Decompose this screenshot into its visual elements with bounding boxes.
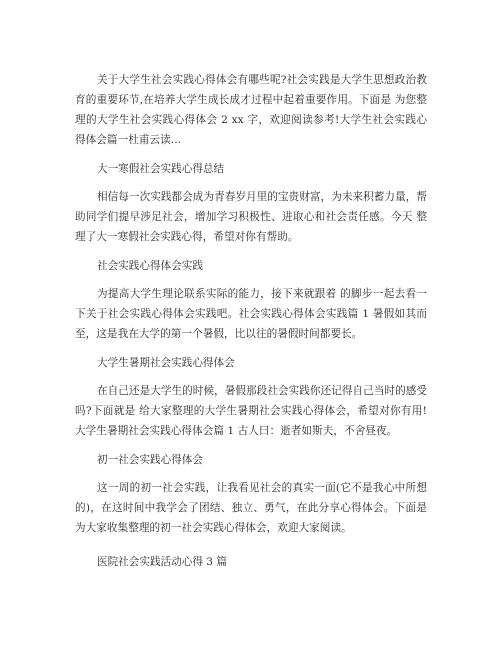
section-heading: 初一社会实践心得体会 — [75, 450, 427, 470]
intro-paragraph: 关于大学生社会实践心得体会有哪些呢?社会实践是大学生思想政治教育的重要环节,在培… — [75, 70, 427, 150]
section-heading: 大一寒假社会实践心得总结 — [75, 159, 427, 179]
section-body: 相信每一次实践都会成为青春岁月里的宝贵财富，为未来积蓄力量，帮助同学们提早涉足社… — [75, 187, 427, 247]
section-body: 这一周的初一社会实践，让我看见社会的真实一面(它不是我心中所想的)，在这时间中我… — [75, 478, 427, 538]
section-heading: 社会实践心得体会实践 — [75, 256, 427, 276]
section-body: 为提高大学生理论联系实际的能力，接下来就跟着 的脚步一起去看一下关于社会实践心得… — [75, 284, 427, 344]
section-heading: 大学生暑期社会实践心得体会 — [75, 353, 427, 373]
final-heading: 医院社会实践活动心得 3 篇 — [75, 552, 427, 572]
document-page: 关于大学生社会实践心得体会有哪些呢?社会实践是大学生思想政治教育的重要环节,在培… — [75, 70, 427, 572]
section-body: 在自己还是大学生的时候，暑假那段社会实践你还记得自己当时的感受吗?下面就是 给大… — [75, 381, 427, 441]
